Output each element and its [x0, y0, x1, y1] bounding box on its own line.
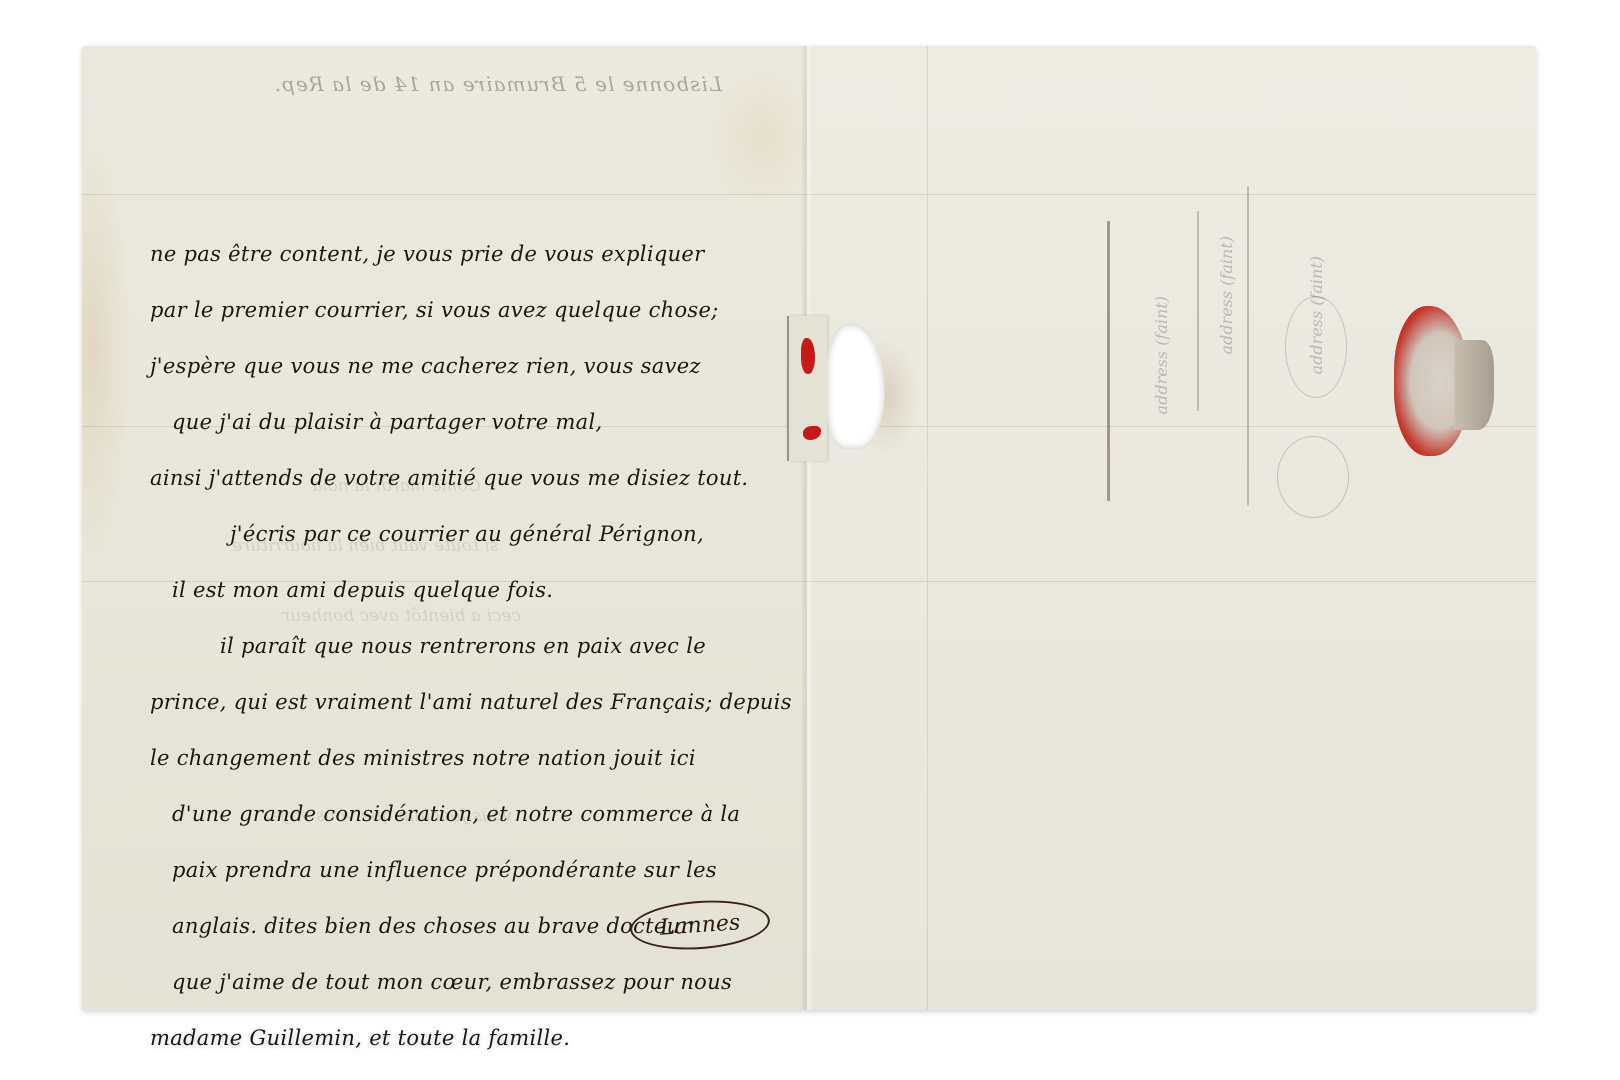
fold-line: [82, 194, 807, 195]
pencil-address-note: address (faint): [1152, 296, 1171, 414]
letter-line: que j'aime de tout mon cœur, embrassez p…: [150, 954, 790, 1010]
pencil-address-note: address (faint): [1217, 236, 1236, 354]
fold-line: [807, 194, 1536, 195]
pencil-stroke: [1107, 221, 1110, 501]
letter-line: madame Guillemin, et toute la famille.: [150, 1010, 790, 1066]
wax-fragment: [801, 338, 815, 374]
letter-sheet: Lisbonne le 5 Brumaire an 14 de la Rep. …: [82, 46, 1536, 1010]
bleed-through-header: Lisbonne le 5 Brumaire an 14 de la Rep.: [202, 72, 722, 96]
fold-line: [927, 46, 928, 1010]
pencil-flourish: [1285, 296, 1347, 398]
letter-line: prince, qui est vraiment l'ami naturel d…: [150, 674, 790, 730]
letter-line: ainsi j'attends de votre amitié que vous…: [150, 450, 790, 506]
wax-fragment: [803, 426, 821, 440]
torn-seal-hole: [787, 316, 897, 456]
letter-line: par le premier courrier, si vous avez qu…: [150, 282, 790, 338]
letter-line: d'une grande considération, et notre com…: [150, 786, 790, 842]
center-fold: [801, 46, 813, 1010]
torn-flap: [787, 316, 827, 461]
right-page: address (faint) address (faint) address …: [807, 46, 1536, 1010]
letter-line: j'espère que vous ne me cacherez rien, v…: [150, 338, 790, 394]
seal-paper-tab: [1454, 340, 1494, 430]
letter-line: que j'ai du plaisir à partager votre mal…: [150, 394, 790, 450]
letter-line: j'écris par ce courrier au général Périg…: [150, 506, 790, 562]
letter-line: il est mon ami depuis quelque fois.: [150, 562, 790, 618]
letter-line: ne pas être content, je vous prie de vou…: [150, 226, 790, 282]
letter-line: paix prendra une influence prépondérante…: [150, 842, 790, 898]
pencil-stroke: [1247, 186, 1249, 506]
left-page: Lisbonne le 5 Brumaire an 14 de la Rep. …: [82, 46, 807, 1010]
letter-line: le changement des ministres notre nation…: [150, 730, 790, 786]
pencil-stroke: [1197, 211, 1199, 411]
letter-line: il paraît que nous rentrerons en paix av…: [150, 618, 790, 674]
pencil-flourish: [1277, 436, 1349, 518]
red-wax-seal: [1394, 306, 1490, 456]
paper-hole: [827, 324, 885, 449]
photo-stage: Lisbonne le 5 Brumaire an 14 de la Rep. …: [0, 0, 1620, 1080]
fold-line: [807, 581, 1536, 582]
